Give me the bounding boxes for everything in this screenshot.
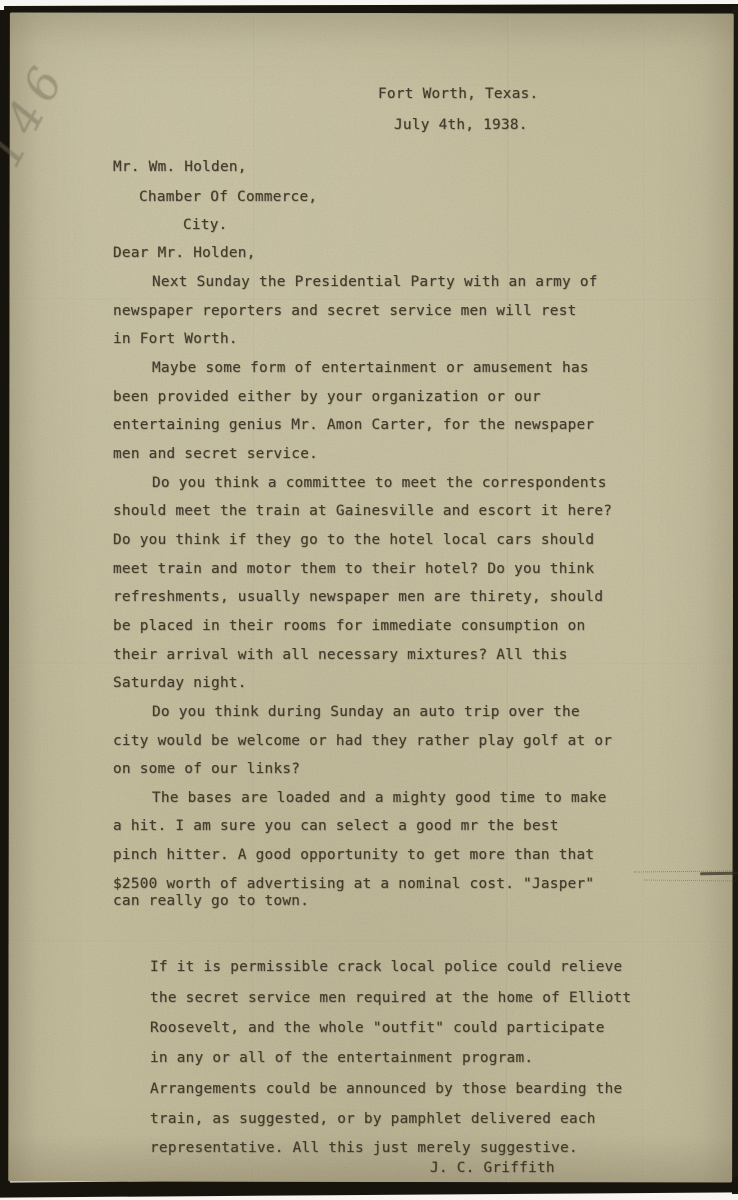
body-line: Maybe some form of entertainment or amus… [152,360,589,376]
signature: J. C. Griffith [430,1160,555,1176]
pencil-scribble [700,872,738,876]
body-line: can really go to town. [113,893,309,909]
body-line: Do you think if they go to the hotel loc… [113,532,594,548]
dateline-date: July 4th, 1938. [394,117,528,133]
body-line: be placed in their rooms for immediate c… [113,618,585,634]
body-line: on some of our links? [113,761,300,777]
body-line: Saturday night. [113,675,247,691]
body-line: been provided either by your organizatio… [113,389,541,405]
body-line: $2500 worth of advertising at a nominal … [113,876,594,892]
body-line: Next Sunday the Presidential Party with … [152,274,598,290]
address-line: City. [183,217,228,233]
body-line: Do you think during Sunday an auto trip … [152,704,580,720]
body-line: a hit. I am sure you can select a good m… [113,818,559,834]
postscript-line: the secret service men required at the h… [150,990,631,1006]
postscript-line: train, as suggested, or by pamphlet deli… [150,1111,596,1127]
postscript-line: If it is permissible crack local police … [150,959,622,975]
body-line: meet train and motor them to their hotel… [113,561,594,577]
body-line: their arrival with all necessary mixture… [113,647,568,663]
scanned-letter-page: 146 Fort Worth, Texas. July 4th, 1938. M… [0,0,738,1200]
address-line: Chamber Of Commerce, [139,189,317,205]
pencil-annotation: 146 [0,52,77,176]
postscript-line: in any or all of the entertainment progr… [150,1050,533,1066]
postscript-line: Arrangements could be announced by those… [150,1081,622,1097]
postscript-line: Roosevelt, and the whole "outfit" could … [150,1020,605,1036]
pencil-scribble [634,870,734,872]
body-line: entertaining genius Mr. Amon Carter, for… [113,417,594,433]
body-line: in Fort Worth. [113,331,238,347]
postscript-line: representative. All this just merely sug… [150,1140,578,1156]
body-line: Do you think a committee to meet the cor… [152,475,607,491]
dateline-place: Fort Worth, Texas. [378,86,538,102]
salutation: Dear Mr. Holden, [113,245,256,261]
pencil-scribble [644,880,736,882]
body-line: newspaper reporters and secret service m… [113,303,577,319]
body-line: pinch hitter. A good opportunity to get … [113,847,594,863]
typed-letter: 146 Fort Worth, Texas. July 4th, 1938. M… [0,0,738,1200]
body-line: The bases are loaded and a mighty good t… [152,790,607,806]
address-line: Mr. Wm. Holden, [113,159,247,175]
body-line: should meet the train at Gainesville and… [113,503,612,519]
body-line: city would be welcome or had they rather… [113,733,612,749]
body-line: refreshments, usually newspaper men are … [113,589,603,605]
body-line: men and secret service. [113,446,318,462]
